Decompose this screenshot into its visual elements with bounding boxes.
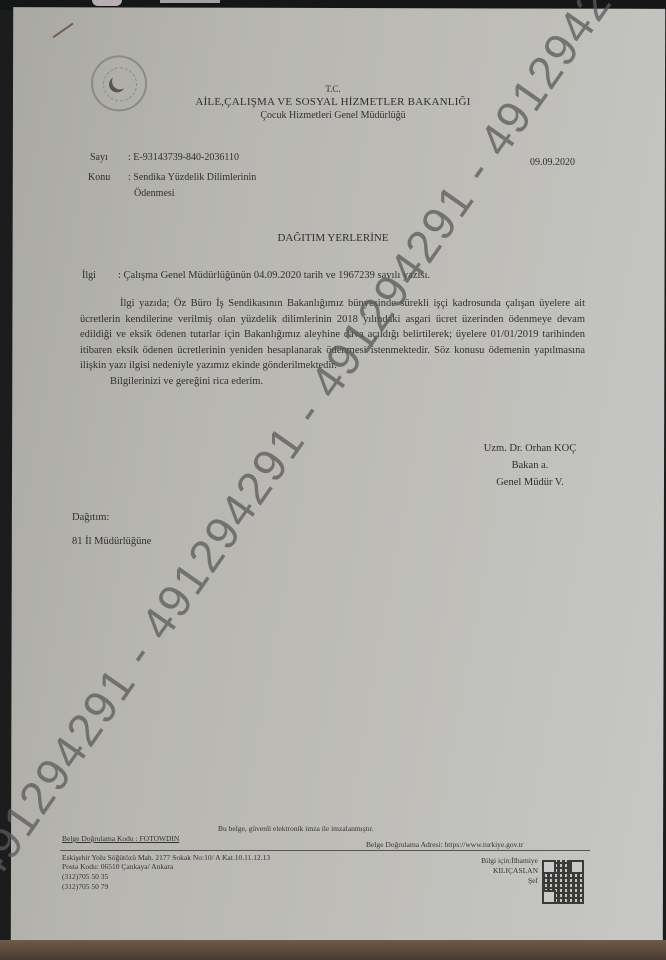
signatory-name: Uzm. Dr. Orhan KOÇ bbox=[470, 440, 590, 457]
info-label: Bilgi için:İlhamiye bbox=[458, 856, 538, 865]
footer-phone1: (312)705 50 35 bbox=[62, 872, 108, 881]
header-directorate: Çocuk Hizmetleri Genel Müdürlüğü bbox=[0, 110, 666, 121]
konu-value-line2: Ödenmesi bbox=[134, 188, 175, 199]
recipient-heading: DAĞITIM YERLERİNE bbox=[0, 232, 666, 244]
konu-label: Konu bbox=[88, 172, 110, 183]
esign-note: Bu belge, güvenli elektronik imza ile im… bbox=[218, 824, 374, 833]
info-title: Şef bbox=[458, 876, 538, 885]
qr-code-icon bbox=[542, 860, 584, 904]
verify-address[interactable]: Belge Doğrulama Adresi: https://www.turk… bbox=[366, 840, 523, 849]
verify-code: Belge Doğrulama Kodu : FOTOWDIN bbox=[62, 834, 179, 843]
desk-surface bbox=[0, 940, 666, 960]
footer-phone2: (312)705 50 79 bbox=[62, 882, 108, 891]
header-ministry: AİLE,ÇALIŞMA VE SOSYAL HİZMETLER BAKANLI… bbox=[0, 96, 666, 108]
konu-value-line1: : Sendika Yüzdelik Dilimlerinin bbox=[128, 172, 256, 183]
signatory-title: Genel Müdür V. bbox=[470, 474, 590, 491]
distribution-label: Dağıtım: bbox=[72, 512, 109, 523]
signatory-line2: Bakan a. bbox=[470, 457, 590, 474]
sayi-value: : E-93143739-840-2036110 bbox=[128, 152, 239, 163]
status-text bbox=[160, 0, 220, 3]
pen-mark bbox=[53, 23, 74, 38]
document-date: 09.09.2020 bbox=[530, 157, 575, 168]
ilgi-label: İlgi bbox=[82, 270, 96, 281]
footer-address: Eskişehir Yolu Söğütözü Mah. 2177 Sokak … bbox=[62, 853, 270, 862]
footer-divider bbox=[60, 850, 590, 851]
sayi-label: Sayı bbox=[90, 152, 108, 163]
status-icon bbox=[92, 0, 122, 6]
distribution-item: 81 İl Müdürlüğüne bbox=[72, 536, 151, 547]
info-name: KILIÇASLAN bbox=[458, 866, 538, 875]
signature-block: Uzm. Dr. Orhan KOÇ Bakan a. Genel Müdür … bbox=[470, 440, 590, 491]
footer-postal: Posta Kodu: 06510 Çankaya/ Ankara bbox=[62, 862, 173, 871]
